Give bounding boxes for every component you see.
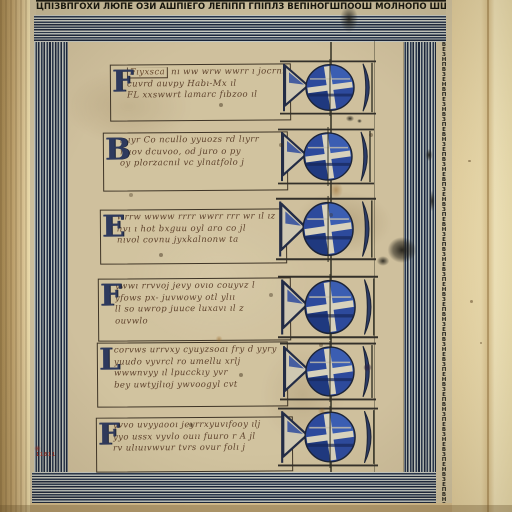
photo-vignette xyxy=(0,0,512,512)
manuscript-photo: ЦПІЗВПГОХИ ЛЮПЕ ОЗИ АШПІЕГО ЛЕПІПП ГПІПЛ… xyxy=(0,0,512,512)
